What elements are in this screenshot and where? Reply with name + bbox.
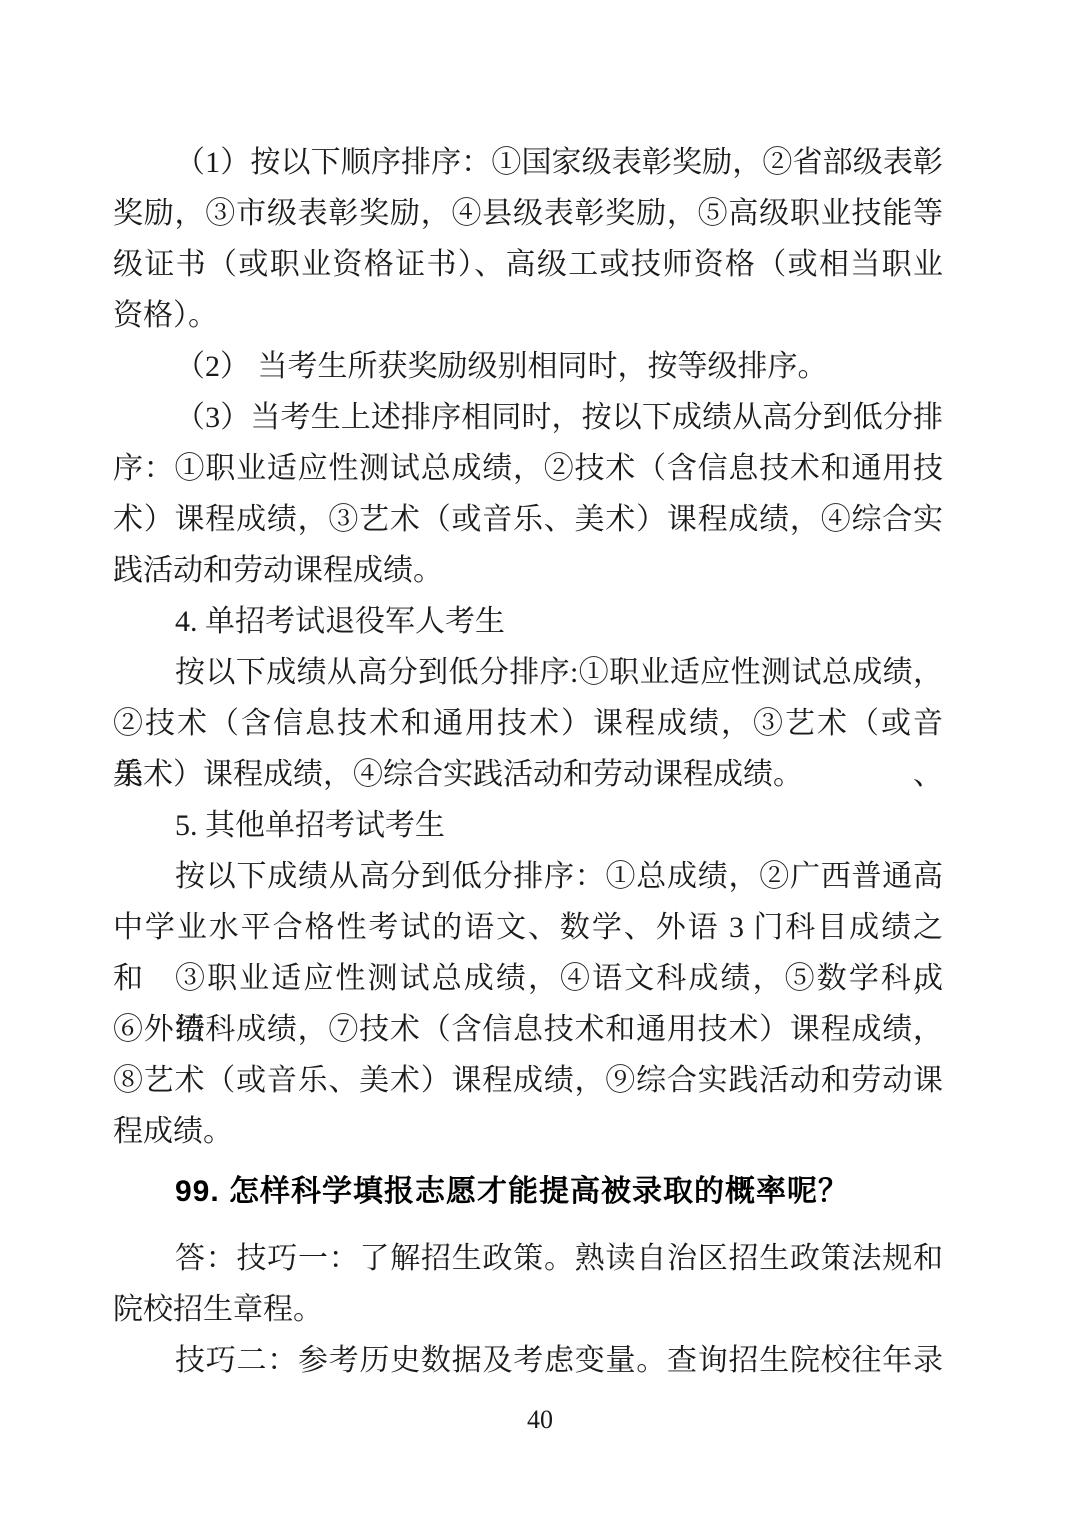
text-line: （3）当考生上述排序相同时，按以下成绩从高分到低分排	[113, 392, 943, 443]
text-line: 5. 其他单招考试考生	[113, 800, 943, 851]
document-body: （1）按以下顺序排序：①国家级表彰奖励，②省部级表彰奖励，③市级表彰奖励，④县级…	[113, 137, 943, 1386]
text-line: ⑧艺术（或音乐、美术）课程成绩，⑨综合实践活动和劳动课	[113, 1055, 943, 1106]
text-line: 践活动和劳动课程成绩。	[113, 545, 943, 596]
text-line: 4. 单招考试退役军人考生	[113, 596, 943, 647]
text-line: ⑥外语科成绩，⑦技术（含信息技术和通用技术）课程成绩，	[113, 1004, 943, 1055]
text-line: 程成绩。	[113, 1106, 943, 1157]
text-line: ②技术（含信息技术和通用技术）课程成绩，③艺术（或音乐、	[113, 698, 943, 749]
text-line: （2） 当考生所获奖励级别相同时，按等级排序。	[113, 341, 943, 392]
text-line: （1）按以下顺序排序：①国家级表彰奖励，②省部级表彰	[113, 137, 943, 188]
text-line: 序：①职业适应性测试总成绩，②技术（含信息技术和通用技	[113, 443, 943, 494]
page-footer: 40	[0, 1396, 1080, 1444]
text-line: 院校招生章程。	[113, 1284, 943, 1335]
text-line: 按以下成绩从高分到低分排序：①总成绩，②广西普通高	[113, 851, 943, 902]
text-line: 按以下成绩从高分到低分排序:①职业适应性测试总成绩，	[113, 647, 943, 698]
text-line: 技巧二：参考历史数据及考虑变量。查询招生院校往年录	[113, 1335, 943, 1386]
question-heading: 99. 怎样科学填报志愿才能提高被录取的概率呢？	[113, 1166, 943, 1217]
text-line: 术）课程成绩，③艺术（或音乐、美术）课程成绩，④综合实	[113, 494, 943, 545]
text-line: 答：技巧一：了解招生政策。熟读自治区招生政策法规和	[113, 1233, 943, 1284]
text-line: 资格）。	[113, 290, 943, 341]
text-line: 奖励，③市级表彰奖励，④县级表彰奖励，⑤高级职业技能等	[113, 188, 943, 239]
text-line: 级证书（或职业资格证书）、高级工或技师资格（或相当职业	[113, 239, 943, 290]
text-line: 中学业水平合格性考试的语文、数学、外语 3 门科目成绩之和，	[113, 902, 943, 953]
page-number: 40	[527, 1405, 553, 1434]
document-page: （1）按以下顺序排序：①国家级表彰奖励，②省部级表彰奖励，③市级表彰奖励，④县级…	[0, 0, 1080, 1527]
text-line: ③职业适应性测试总成绩，④语文科成绩，⑤数学科成绩，	[113, 953, 943, 1004]
